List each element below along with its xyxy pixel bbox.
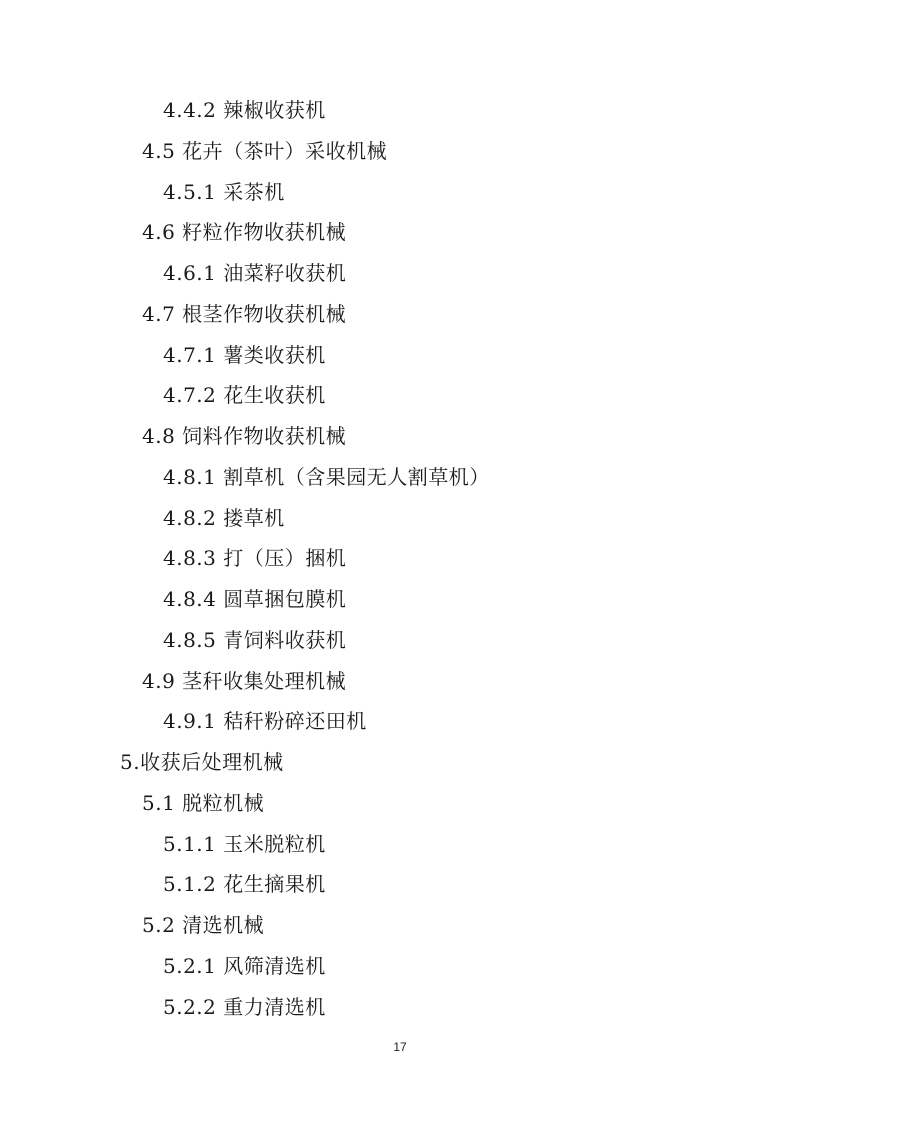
toc-section-4-7: 4.7 根茎作物收获机械 — [142, 302, 346, 326]
toc-item-4-8-1: 4.8.1 割草机（含果园无人割草机） — [163, 465, 490, 489]
toc-item-4-9-1: 4.9.1 秸秆粉碎还田机 — [163, 709, 367, 733]
page-number: 17 — [0, 1040, 800, 1054]
toc-item-5-1-2: 5.1.2 花生摘果机 — [163, 872, 326, 896]
toc-item-4-8-2: 4.8.2 搂草机 — [163, 506, 285, 530]
toc-section-4-8: 4.8 饲料作物收获机械 — [142, 424, 346, 448]
toc-section-5-2: 5.2 清选机械 — [142, 913, 264, 937]
toc-section-4-9: 4.9 茎秆收集处理机械 — [142, 669, 346, 693]
toc-item-5-2-2: 5.2.2 重力清选机 — [163, 995, 326, 1019]
toc-item-4-7-2: 4.7.2 花生收获机 — [163, 383, 326, 407]
toc-item-4-6-1: 4.6.1 油菜籽收获机 — [163, 261, 346, 285]
toc-item-4-8-5: 4.8.5 青饲料收获机 — [163, 628, 346, 652]
toc-item-4-5-1: 4.5.1 采茶机 — [163, 180, 285, 204]
toc-section-4-6: 4.6 籽粒作物收获机械 — [142, 220, 346, 244]
toc-item-4-8-3: 4.8.3 打（压）捆机 — [163, 546, 346, 570]
toc-section-4-5: 4.5 花卉（茶叶）采收机械 — [142, 139, 387, 163]
toc-item-4-4-2: 4.4.2 辣椒收获机 — [163, 98, 326, 122]
toc-section-5-1: 5.1 脱粒机械 — [142, 791, 264, 815]
toc-item-4-8-4: 4.8.4 圆草捆包膜机 — [163, 587, 346, 611]
toc-item-4-7-1: 4.7.1 薯类收获机 — [163, 343, 326, 367]
toc-item-5-2-1: 5.2.1 风筛清选机 — [163, 954, 326, 978]
toc-chapter-5: 5.收获后处理机械 — [120, 750, 284, 774]
document-page: 4.4.2 辣椒收获机 4.5 花卉（茶叶）采收机械 4.5.1 采茶机 4.6… — [0, 0, 923, 1122]
toc-item-5-1-1: 5.1.1 玉米脱粒机 — [163, 832, 326, 856]
